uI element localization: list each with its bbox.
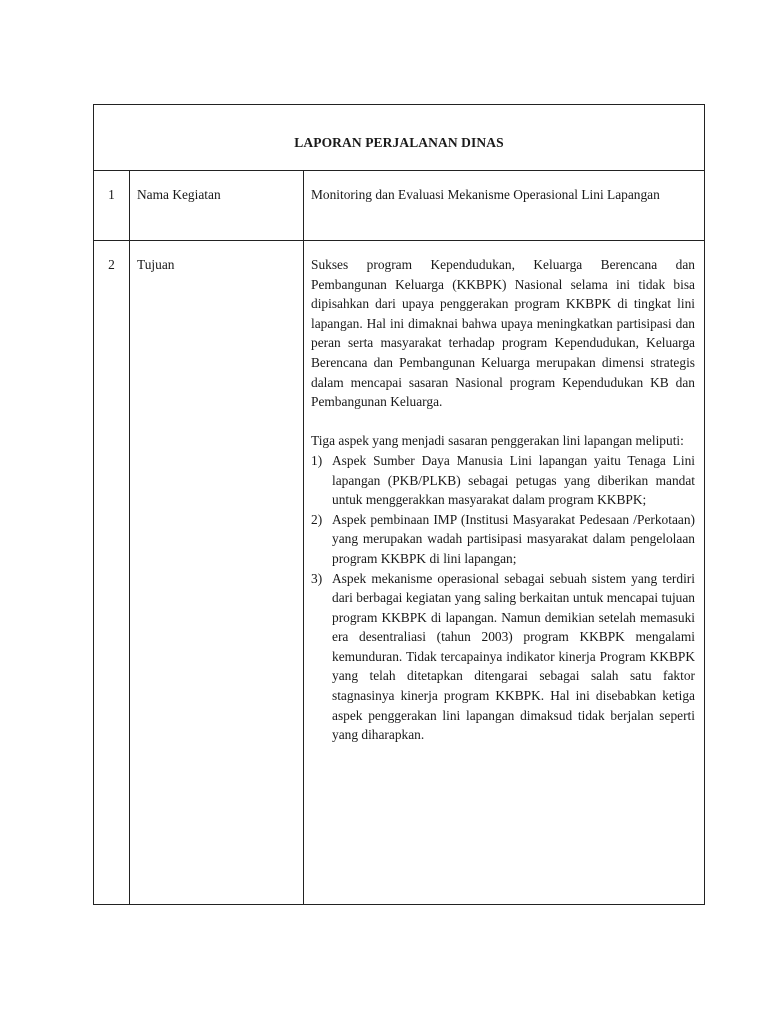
purpose-paragraph: Sukses program Kependudukan, Keluarga Be…	[311, 255, 695, 412]
row-label: Nama Kegiatan	[130, 171, 304, 240]
row-label: Tujuan	[130, 241, 304, 904]
title-row: LAPORAN PERJALANAN DINAS	[94, 105, 704, 171]
list-item: 2) Aspek pembinaan IMP (Institusi Masyar…	[311, 510, 695, 569]
list-marker: 1)	[311, 451, 322, 471]
list-item-text: Aspek pembinaan IMP (Institusi Masyaraka…	[332, 512, 695, 566]
row-number: 2	[94, 241, 130, 904]
aspects-list: 1) Aspek Sumber Daya Manusia Lini lapang…	[311, 451, 695, 745]
list-marker: 3)	[311, 569, 322, 589]
row-value: Sukses program Kependudukan, Keluarga Be…	[304, 241, 704, 904]
row-value: Monitoring dan Evaluasi Mekanisme Operas…	[304, 171, 704, 240]
list-item: 3) Aspek mekanisme operasional sebagai s…	[311, 569, 695, 745]
list-item: 1) Aspek Sumber Daya Manusia Lini lapang…	[311, 451, 695, 510]
list-marker: 2)	[311, 510, 322, 530]
document-title: LAPORAN PERJALANAN DINAS	[294, 125, 503, 151]
row-number: 1	[94, 171, 130, 240]
list-item-text: Aspek mekanisme operasional sebagai sebu…	[332, 571, 695, 743]
list-item-text: Aspek Sumber Daya Manusia Lini lapangan …	[332, 453, 695, 507]
report-table: LAPORAN PERJALANAN DINAS 1 Nama Kegiatan…	[93, 104, 705, 905]
table-row: 2 Tujuan Sukses program Kependudukan, Ke…	[94, 241, 704, 904]
table-row: 1 Nama Kegiatan Monitoring dan Evaluasi …	[94, 171, 704, 241]
aspects-intro: Tiga aspek yang menjadi sasaran penggera…	[311, 431, 695, 451]
